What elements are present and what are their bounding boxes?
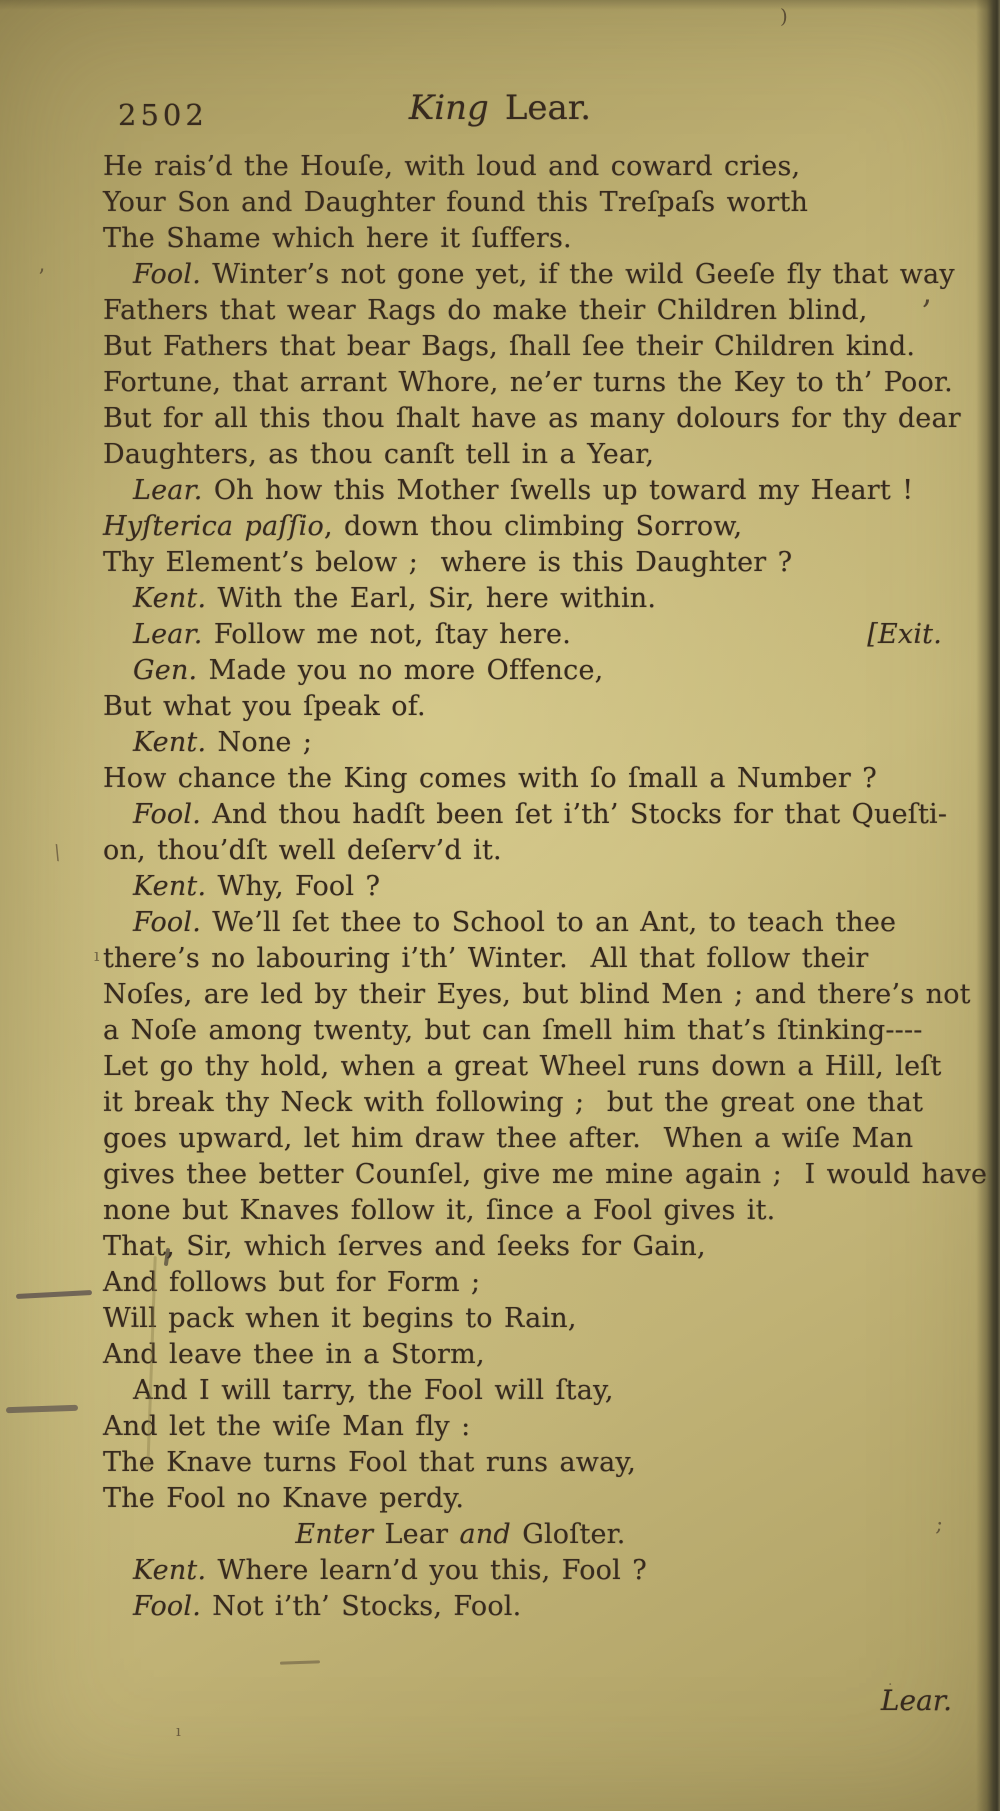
roman-text: Thy Element’s below ; where is this Daug… <box>103 547 792 578</box>
roman-text: Fortune, that arrant Whore, ne’er turns … <box>103 367 953 398</box>
roman-text: Gloſter. <box>511 1519 626 1550</box>
text-line: Lear. Oh how this Mother ſwells up towar… <box>103 473 938 509</box>
roman-text: it break thy Neck with following ; but t… <box>103 1087 923 1118</box>
roman-text: Made you no more Offence, <box>197 655 603 686</box>
stray-ink-mark: · <box>888 1678 892 1692</box>
roman-text: Not i’th’ Stocks, Fool. <box>201 1591 521 1622</box>
roman-text: Oh how this Mother ſwells up toward my H… <box>203 475 914 506</box>
text-line: gives thee better Counſel, give me mine … <box>103 1157 938 1193</box>
text-line: goes upward, let him draw thee after. Wh… <box>103 1121 938 1157</box>
running-title: KingLear. <box>0 88 1000 128</box>
text-line: it break thy Neck with following ; but t… <box>103 1085 938 1121</box>
italic-text: Fool. <box>133 1591 201 1622</box>
roman-text: Fathers that wear Rags do make their Chi… <box>103 295 868 326</box>
roman-text: Your Son and Daughter found this Treſpaſ… <box>103 187 808 218</box>
roman-text: a Noſe among twenty, but can ſmell him t… <box>103 1015 923 1046</box>
text-line: Lear. Follow me not, ſtay here.[Exit. <box>103 617 938 653</box>
stray-ink-mark: ı <box>94 948 99 965</box>
roman-text: The Fool no Knave perdy. <box>103 1483 464 1514</box>
text-line: Fool. Winter’s not gone yet, if the wild… <box>103 257 938 293</box>
roman-text: And let the wiſe Man fly : <box>103 1411 470 1442</box>
text-line: Thy Element’s below ; where is this Daug… <box>103 545 938 581</box>
roman-text: He rais’d the Houſe, with loud and cowar… <box>103 151 800 182</box>
text-line: But what you ſpeak of. <box>103 689 938 725</box>
roman-text: Noſes, are led by their Eyes, but blind … <box>103 979 971 1010</box>
stray-ink-mark: , <box>922 276 932 308</box>
roman-text: But what you ſpeak of. <box>103 691 426 722</box>
roman-text: And thou hadſt been ſet i’th’ Stocks for… <box>201 799 947 830</box>
roman-text: , down thou climbing Sorrow, <box>324 511 742 542</box>
text-line: He rais’d the Houſe, with loud and cowar… <box>103 149 938 185</box>
text-line: And I will tarry, the Fool will ſtay, <box>103 1373 938 1409</box>
roman-text: goes upward, let him draw thee after. Wh… <box>103 1123 913 1154</box>
roman-text: on, thou’dſt well deſerv’d it. <box>103 835 502 866</box>
page-top-edge-shadow <box>0 0 1000 10</box>
roman-text: gives thee better Counſel, give me mine … <box>103 1159 987 1190</box>
text-line: That, Sir, which ſerves and ſeeks for Ga… <box>103 1229 938 1265</box>
text-line: Enter Lear and Gloſter. <box>103 1517 938 1553</box>
text-line: But Fathers that bear Bags, ſhall ſee th… <box>103 329 938 365</box>
page-header: 2502 KingLear. <box>0 88 1000 136</box>
stray-ink-mark: ı <box>176 1724 181 1739</box>
roman-text: But Fathers that bear Bags, ſhall ſee th… <box>103 331 915 362</box>
italic-text: Fool. <box>133 259 201 290</box>
roman-text: Daughters, as thou canſt tell in a Year, <box>103 439 654 470</box>
italic-text: Kent. <box>133 583 206 614</box>
roman-text: But for all this thou ſhalt have as many… <box>103 403 961 434</box>
italic-text: Fool. <box>133 907 201 938</box>
roman-text: The Knave turns Fool that runs away, <box>103 1447 636 1478</box>
text-line: Will pack when it begins to Rain, <box>103 1301 938 1337</box>
italic-text: Kent. <box>133 727 206 758</box>
roman-text: We’ll ſet thee to School to an Ant, to t… <box>201 907 896 938</box>
roman-text: The Shame which here it ſuffers. <box>103 223 572 254</box>
roman-text: And leave thee in a Storm, <box>103 1339 485 1370</box>
italic-text: Kent. <box>133 1555 206 1586</box>
roman-text: That, Sir, which ſerves and ſeeks for Ga… <box>103 1231 706 1262</box>
text-line: Kent. Why, Fool ? <box>103 869 938 905</box>
italic-text: Hyſterica paſſio <box>103 511 324 542</box>
italic-text: Lear. <box>133 475 203 506</box>
text-lines: He rais’d the Houſe, with loud and cowar… <box>103 149 938 1625</box>
text-line: Hyſterica paſſio, down thou climbing Sor… <box>103 509 938 545</box>
text-line: But for all this thou ſhalt have as many… <box>103 401 938 437</box>
roman-text: Will pack when it begins to Rain, <box>103 1303 577 1334</box>
text-line: How chance the King comes with ſo ſmall … <box>103 761 938 797</box>
roman-text: None ; <box>206 727 312 758</box>
text-line: Kent. Where learn’d you this, Fool ? <box>103 1553 938 1589</box>
roman-text: How chance the King comes with ſo ſmall … <box>103 763 877 794</box>
roman-text: And follows but for Form ; <box>103 1267 480 1298</box>
text-line: Fool. We’ll ſet thee to School to an Ant… <box>103 905 938 941</box>
italic-text: Gen. <box>133 655 197 686</box>
italic-text: Kent. <box>133 871 206 902</box>
text-line: Noſes, are led by their Eyes, but blind … <box>103 977 938 1013</box>
roman-text: Where learn’d you this, Fool ? <box>206 1555 647 1586</box>
italic-text: Enter <box>295 1519 373 1550</box>
roman-text: With the Earl, Sir, here within. <box>206 583 656 614</box>
running-title-roman: Lear. <box>505 88 591 128</box>
roman-text: there’s no labouring i’th’ Winter. All t… <box>103 943 869 974</box>
running-title-italic: King <box>409 88 489 128</box>
roman-text: Winter’s not gone yet, if the wild Geeſe… <box>201 259 955 290</box>
italic-text: and <box>460 1519 511 1550</box>
roman-text: Let go thy hold, when a great Wheel runs… <box>103 1051 942 1082</box>
text-line: And follows but for Form ; <box>103 1265 938 1301</box>
stray-ink-mark: ’ <box>38 268 45 290</box>
text-line: none but Knaves follow it, ſince a Fool … <box>103 1193 938 1229</box>
text-line: The Shame which here it ſuffers. <box>103 221 938 257</box>
text-line: The Fool no Knave perdy. <box>103 1481 938 1517</box>
text-line: And let the wiſe Man fly : <box>103 1409 938 1445</box>
text-line: Gen. Made you no more Offence, <box>103 653 938 689</box>
text-line: Your Son and Daughter found this Treſpaſ… <box>103 185 938 221</box>
text-line: Fortune, that arrant Whore, ne’er turns … <box>103 365 938 401</box>
text-line: Kent. With the Earl, Sir, here within. <box>103 581 938 617</box>
text-line: Daughters, as thou canſt tell in a Year, <box>103 437 938 473</box>
text-line: on, thou’dſt well deſerv’d it. <box>103 833 938 869</box>
italic-text: Lear. <box>133 619 203 650</box>
book-gutter-edge <box>976 0 1000 1811</box>
roman-text: Follow me not, ſtay here. <box>203 619 571 650</box>
text-line: Fool. Not i’th’ Stocks, Fool. <box>103 1589 938 1625</box>
text-line: The Knave turns Fool that runs away, <box>103 1445 938 1481</box>
text-line: there’s no labouring i’th’ Winter. All t… <box>103 941 938 977</box>
text-line: Let go thy hold, when a great Wheel runs… <box>103 1049 938 1085</box>
text-line: And leave thee in a Storm, <box>103 1337 938 1373</box>
stray-ink-mark: ) <box>780 6 788 26</box>
roman-text: And I will tarry, the Fool will ſtay, <box>133 1375 614 1406</box>
text-line: Kent. None ; <box>103 725 938 761</box>
text-line: a Noſe among twenty, but can ſmell him t… <box>103 1013 938 1049</box>
roman-text: none but Knaves follow it, ſince a Fool … <box>103 1195 775 1226</box>
roman-text: Lear <box>373 1519 459 1550</box>
text-line: Fool. And thou hadſt been ſet i’th’ Stoc… <box>103 797 938 833</box>
text-line: Fathers that wear Rags do make their Chi… <box>103 293 938 329</box>
roman-text: Why, Fool ? <box>206 871 380 902</box>
italic-text: Fool. <box>133 799 201 830</box>
stage-direction-exit: [Exit. <box>867 617 942 653</box>
